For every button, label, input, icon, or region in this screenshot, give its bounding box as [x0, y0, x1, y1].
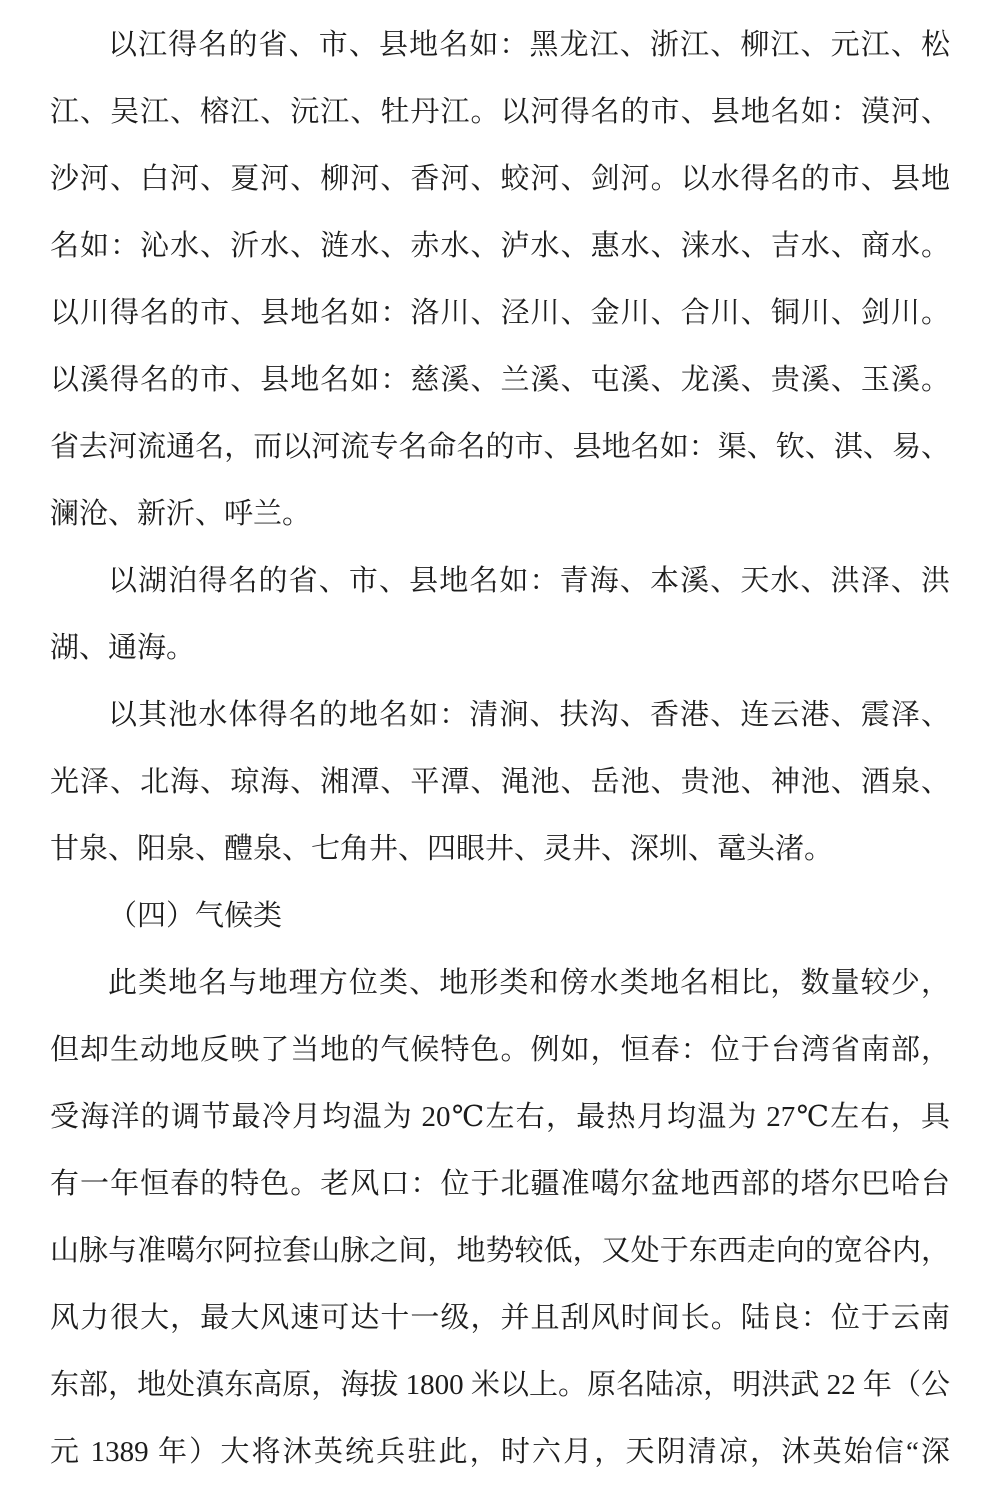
text-line: 受海洋的调节最冷月均温为 20℃左右，最热月均温为 27℃左右，具	[50, 1084, 950, 1151]
document-page: 以江得名的省、市、县地名如：黑龙江、浙江、柳江、元江、松 江、吴江、榕江、沅江、…	[0, 0, 1000, 1500]
text-line: 但却生动地反映了当地的气候特色。例如，恒春：位于台湾省南部，	[50, 1017, 950, 1084]
text-line: 以其池水体得名的地名如：清涧、扶沟、香港、连云港、震泽、	[50, 682, 950, 749]
text-line: 名如：沁水、沂水、涟水、赤水、泸水、惠水、涞水、吉水、商水。	[50, 213, 950, 280]
text-line: 省去河流通名，而以河流专名命名的市、县地名如：渠、钦、淇、易、	[50, 414, 950, 481]
section-heading-climate: （四）气候类	[50, 883, 950, 950]
text-line: 湖、通海。	[50, 615, 950, 682]
text-line: 光泽、北海、琼海、湘潭、平潭、渑池、岳池、贵池、神池、酒泉、	[50, 749, 950, 816]
text-line: 有一年恒春的特色。老风口：位于北疆准噶尔盆地西部的塔尔巴哈台	[50, 1151, 950, 1218]
text-line: 风力很大，最大风速可达十一级，并且刮风时间长。陆良：位于云南	[50, 1285, 950, 1352]
text-line: 澜沧、新沂、呼兰。	[50, 481, 950, 548]
text-line: 元 1389 年）大将沐英统兵驻此，时六月，天阴清凉，沐英始信“深	[50, 1419, 950, 1486]
text-line: 沙河、白河、夏河、柳河、香河、蛟河、剑河。以水得名的市、县地	[50, 146, 950, 213]
text-line: 以湖泊得名的省、市、县地名如：青海、本溪、天水、洪泽、洪	[50, 548, 950, 615]
text-line: 山脉与准噶尔阿拉套山脉之间，地势较低，又处于东西走向的宽谷内，	[50, 1218, 950, 1285]
text-line: 江、吴江、榕江、沅江、牡丹江。以河得名的市、县地名如：漠河、	[50, 79, 950, 146]
text-line: 以溪得名的市、县地名如：慈溪、兰溪、屯溪、龙溪、贵溪、玉溪。	[50, 347, 950, 414]
text-line: 甘泉、阳泉、醴泉、七角井、四眼井、灵井、深圳、鼋头渚。	[50, 816, 950, 883]
text-line: 以江得名的省、市、县地名如：黑龙江、浙江、柳江、元江、松	[50, 12, 950, 79]
text-line: 以川得名的市、县地名如：洛川、泾川、金川、合川、铜川、剑川。	[50, 280, 950, 347]
text-line: 此类地名与地理方位类、地形类和傍水类地名相比，数量较少，	[50, 950, 950, 1017]
text-line: 东部，地处滇东高原，海拔 1800 米以上。原名陆凉，明洪武 22 年（公	[50, 1352, 950, 1419]
